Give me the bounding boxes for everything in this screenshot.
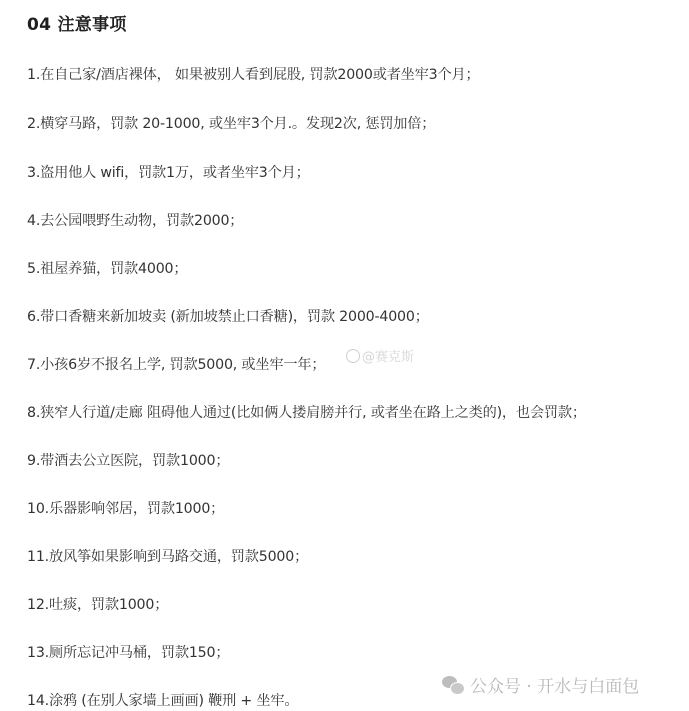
list-item: 7.小孩6岁不报名上学, 罚款5000, 或坐牢一年；: [27, 354, 325, 374]
list-item: 3.盗用他人 wifi，罚款1万，或者坐牢3个月；: [27, 162, 310, 182]
list-item: 9.带酒去公立医院，罚款1000；: [27, 450, 229, 470]
weibo-watermark: @赛克斯: [346, 346, 414, 365]
list-item: 13.厕所忘记冲马桶，罚款150；: [27, 642, 229, 662]
list-item: 12.吐痰，罚款1000；: [27, 594, 168, 614]
section-title: 04 注意事项: [27, 10, 127, 35]
wechat-watermark-text: 公众号 · 开水与白面包: [470, 672, 639, 697]
list-item: 14.涂鸦 (在别人家墙上画画) 鞭刑 + 坐牢。: [27, 690, 298, 710]
list-item: 5.祖屋养猫，罚款4000；: [27, 258, 187, 278]
list-item: 6.带口香糖来新加坡卖 (新加坡禁止口香糖)，罚款 2000-4000；: [27, 306, 429, 326]
wechat-watermark: 公众号 · 开水与白面包: [442, 672, 639, 697]
document-page: 04 注意事项 1.在自己家/酒店裸体， 如果被别人看到屁股, 罚款2000或者…: [0, 0, 689, 711]
list-item: 10.乐器影响邻居，罚款1000；: [27, 498, 224, 518]
list-item: 1.在自己家/酒店裸体， 如果被别人看到屁股, 罚款2000或者坐牢3个月；: [27, 64, 479, 84]
wechat-icon: [442, 676, 464, 694]
list-item: 2.横穿马路，罚款 20-1000, 或坐牢3个月.。发现2次, 惩罚加倍；: [27, 113, 435, 133]
weibo-watermark-text: @赛克斯: [362, 346, 414, 365]
weibo-icon: [346, 349, 360, 363]
list-item: 8.狭窄人行道/走廊 阻碍他人通过(比如俩人搂肩膀并行, 或者坐在路上之类的)，…: [27, 402, 586, 422]
list-item: 4.去公园喂野生动物，罚款2000；: [27, 210, 243, 230]
list-item: 11.放风筝如果影响到马路交通，罚款5000；: [27, 546, 308, 566]
